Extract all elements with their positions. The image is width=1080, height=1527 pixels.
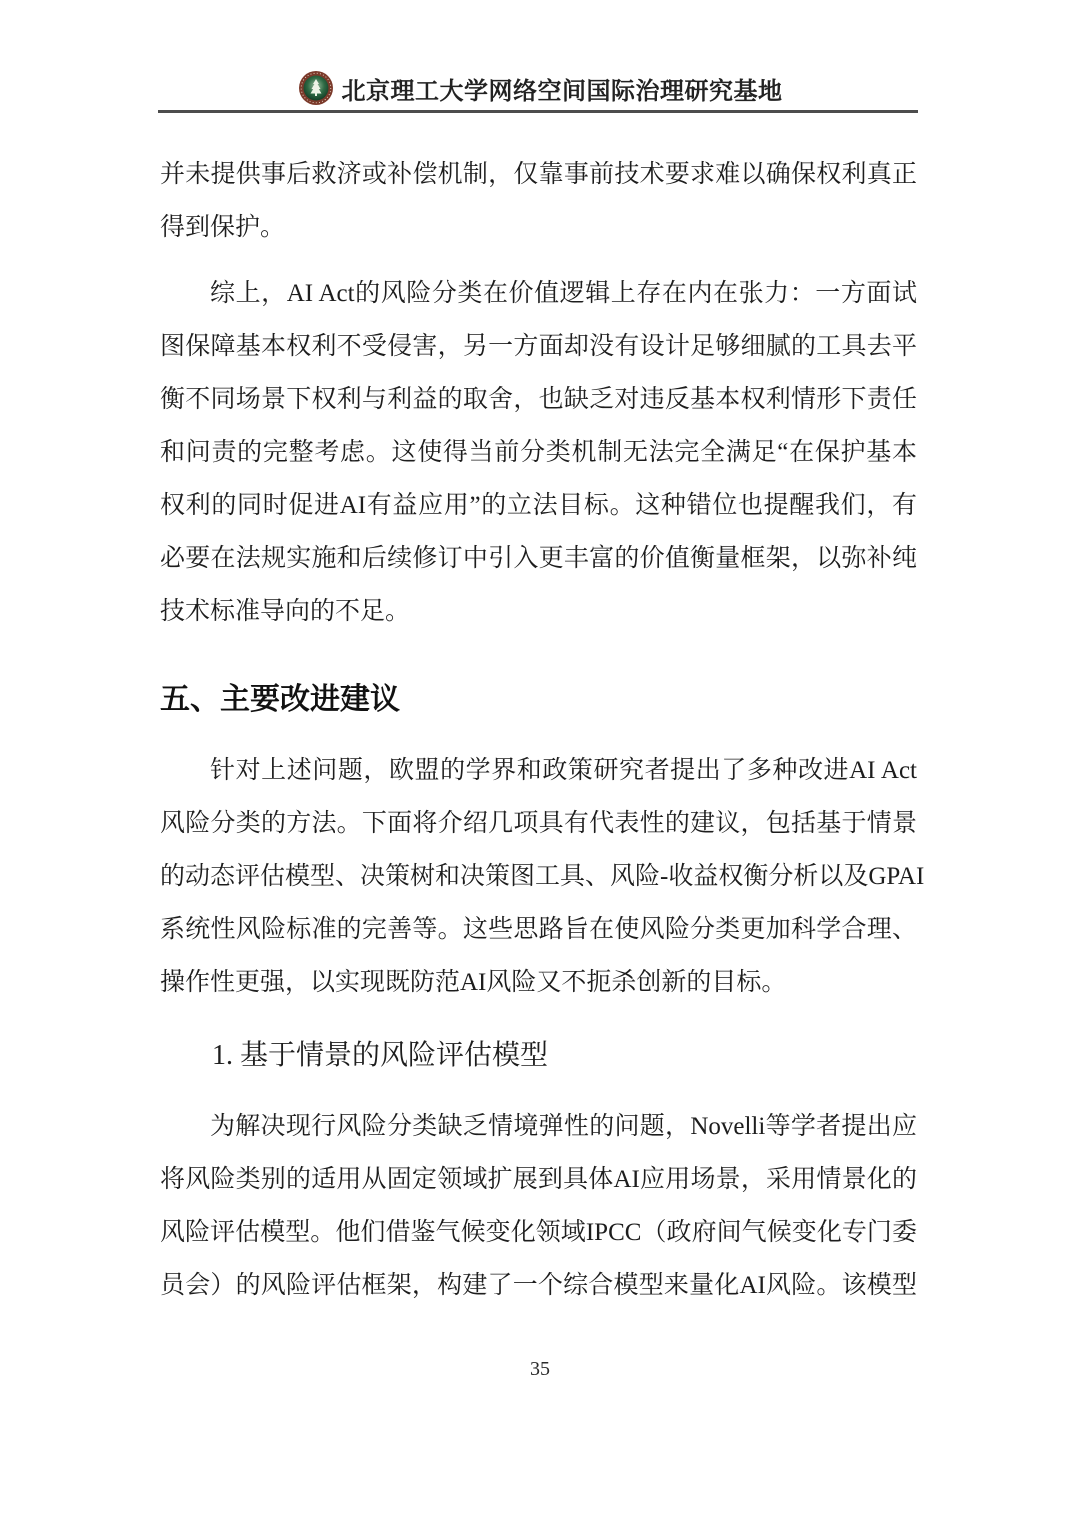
bit-seal-logo (298, 70, 334, 106)
paragraph: 并未提供事后救济或补偿机制，仅靠事前技术要求难以确保权利真正得到保护。 (160, 148, 917, 254)
sub-section-heading: 1. 基于情景的风险评估模型 (160, 1029, 917, 1082)
section-heading: 五、主要改进建议 (160, 678, 917, 722)
header-rule (158, 110, 918, 113)
text-line: 图保障基本权利不受侵害，另一方面却没有设计足够细腻的工具去平 (160, 320, 917, 373)
text-line: 员会）的风险评估框架，构建了一个综合模型来量化AI风险。该模型 (160, 1259, 917, 1312)
document-body: 并未提供事后救济或补偿机制，仅靠事前技术要求难以确保权利真正得到保护。综上，AI… (160, 148, 917, 1312)
text-line: 技术标准导向的不足。 (160, 585, 917, 638)
paragraph: 综上，AI Act的风险分类在价值逻辑上存在内在张力：一方面试图保障基本权利不受… (160, 267, 917, 638)
text-line: 衡不同场景下权利与利益的取舍，也缺乏对违反基本权利情形下责任 (160, 373, 917, 426)
text-line: 针对上述问题，欧盟的学界和政策研究者提出了多种改进AI Act (160, 744, 917, 797)
text-line: 风险评估模型。他们借鉴气候变化领域IPCC（政府间气候变化专门委 (160, 1206, 917, 1259)
org-name: 北京理工大学网络空间国际治理研究基地 (342, 71, 783, 106)
document-page: 北京理工大学网络空间国际治理研究基地 并未提供事后救济或补偿机制，仅靠事前技术要… (0, 0, 1080, 1527)
text-line: 得到保护。 (160, 201, 917, 254)
paragraph: 为解决现行风险分类缺乏情境弹性的问题，Novelli等学者提出应将风险类别的适用… (160, 1100, 917, 1312)
text-line: 将风险类别的适用从固定领域扩展到具体AI应用场景，采用情景化的 (160, 1153, 917, 1206)
text-line: 必要在法规实施和后续修订中引入更丰富的价值衡量框架，以弥补纯 (160, 532, 917, 585)
text-line: 并未提供事后救济或补偿机制，仅靠事前技术要求难以确保权利真正 (160, 148, 917, 201)
text-line: 操作性更强，以实现既防范AI风险又不扼杀创新的目标。 (160, 956, 917, 1009)
text-line: 风险分类的方法。下面将介绍几项具有代表性的建议，包括基于情景 (160, 797, 917, 850)
page-number: 35 (0, 1358, 1080, 1381)
text-line: 综上，AI Act的风险分类在价值逻辑上存在内在张力：一方面试 (160, 267, 917, 320)
page-header: 北京理工大学网络空间国际治理研究基地 (0, 70, 1080, 106)
text-line: 为解决现行风险分类缺乏情境弹性的问题，Novelli等学者提出应 (160, 1100, 917, 1153)
text-line: 系统性风险标准的完善等。这些思路旨在使风险分类更加科学合理、 (160, 903, 917, 956)
text-line: 和问责的完整考虑。这使得当前分类机制无法完全满足“在保护基本 (160, 426, 917, 479)
text-line: 权利的同时促进AI有益应用”的立法目标。这种错位也提醒我们，有 (160, 479, 917, 532)
paragraph: 针对上述问题，欧盟的学界和政策研究者提出了多种改进AI Act风险分类的方法。下… (160, 744, 917, 1009)
text-line: 的动态评估模型、决策树和决策图工具、风险-收益权衡分析以及GPAI (160, 850, 917, 903)
